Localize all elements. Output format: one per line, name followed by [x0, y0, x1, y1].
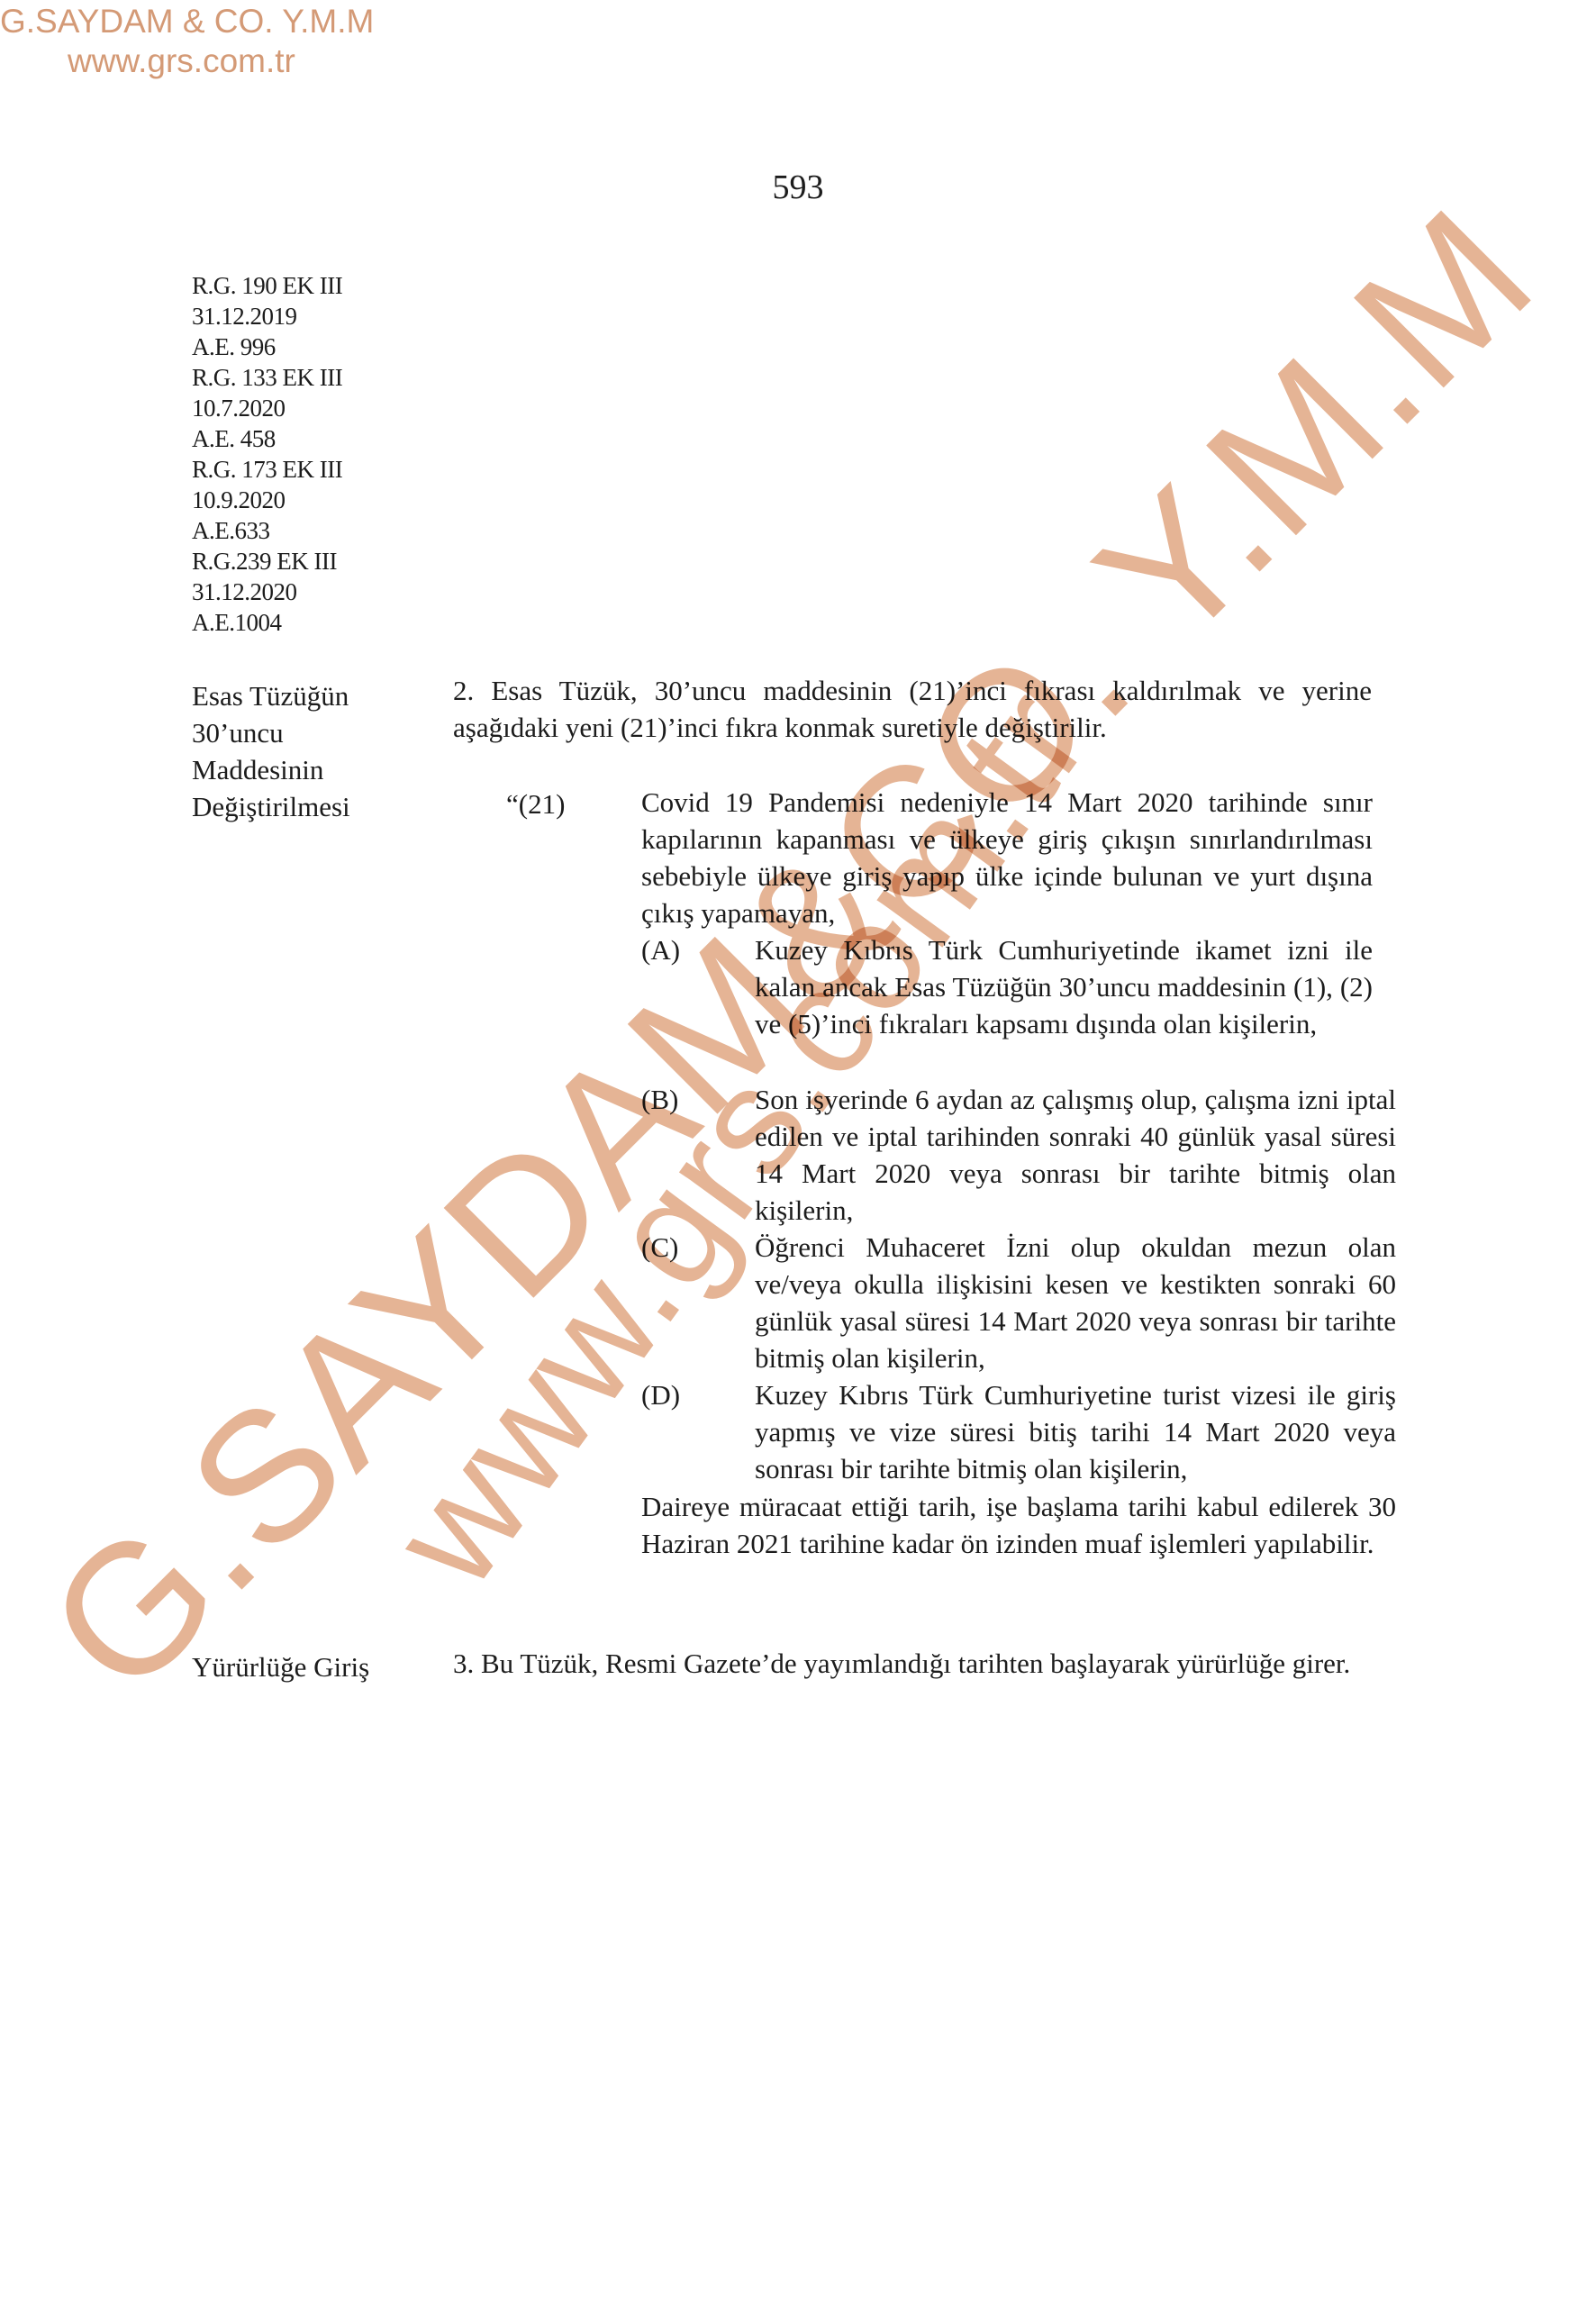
reference-line: R.G. 190 EK III — [192, 270, 342, 301]
reference-line: 10.9.2020 — [192, 485, 342, 515]
reference-line: A.E. 996 — [192, 331, 342, 362]
item-b-label: (B) — [641, 1081, 678, 1118]
watermark-website: www.grs.com.tr — [0, 41, 374, 81]
section3-text: 3. Bu Tüzük, Resmi Gazete’de yayımlandığ… — [453, 1645, 1372, 1682]
section3-side-title: Yürürlüğe Giriş — [192, 1648, 369, 1685]
reference-line: R.G. 133 EK III — [192, 362, 342, 393]
reference-line: R.G.239 EK III — [192, 546, 342, 576]
item-b-text: Son işyerinde 6 aydan az çalışmış olup, … — [755, 1081, 1396, 1229]
item-d-text: Kuzey Kıbrıs Türk Cumhuriyetine turist v… — [755, 1376, 1396, 1487]
reference-line: 31.12.2019 — [192, 301, 342, 331]
paragraph-label: “(21) — [506, 785, 565, 822]
reference-line: A.E. 458 — [192, 423, 342, 454]
reference-line: A.E.633 — [192, 515, 342, 546]
section2-side-title: Esas Tüzüğün 30’uncu Maddesinin Değiştir… — [192, 677, 350, 825]
gazette-references: R.G. 190 EK III31.12.2019A.E. 996R.G. 13… — [192, 270, 342, 638]
side-title-line: 30’uncu — [192, 714, 350, 751]
side-title-line: Maddesinin — [192, 751, 350, 788]
side-title-line: Esas Tüzüğün — [192, 677, 350, 714]
item-c-label: (C) — [641, 1229, 678, 1266]
paragraph-closing: Daireye müracaat ettiği tarih, işe başla… — [641, 1488, 1396, 1562]
side-title-line: Değiştirilmesi — [192, 788, 350, 825]
reference-line: 10.7.2020 — [192, 393, 342, 423]
reference-line: R.G. 173 EK III — [192, 454, 342, 485]
page-number: 593 — [0, 168, 1596, 207]
watermark-company: G.SAYDAM & CO. Y.M.M — [0, 2, 374, 41]
paragraph-intro: Covid 19 Pandemisi nedeniyle 14 Mart 202… — [641, 784, 1373, 931]
item-a-label: (A) — [641, 931, 680, 968]
item-d-label: (D) — [641, 1376, 680, 1413]
reference-line: A.E.1004 — [192, 607, 342, 638]
section2-text: 2. Esas Tüzük, 30’uncu maddesinin (21)’i… — [453, 672, 1372, 746]
header-watermark: G.SAYDAM & CO. Y.M.M www.grs.com.tr — [0, 2, 374, 81]
item-c-text: Öğrenci Muhaceret İzni olup okuldan mezu… — [755, 1229, 1396, 1376]
item-a-text: Kuzey Kıbrıs Türk Cumhuriyetinde ikamet … — [755, 931, 1373, 1042]
reference-line: 31.12.2020 — [192, 576, 342, 607]
